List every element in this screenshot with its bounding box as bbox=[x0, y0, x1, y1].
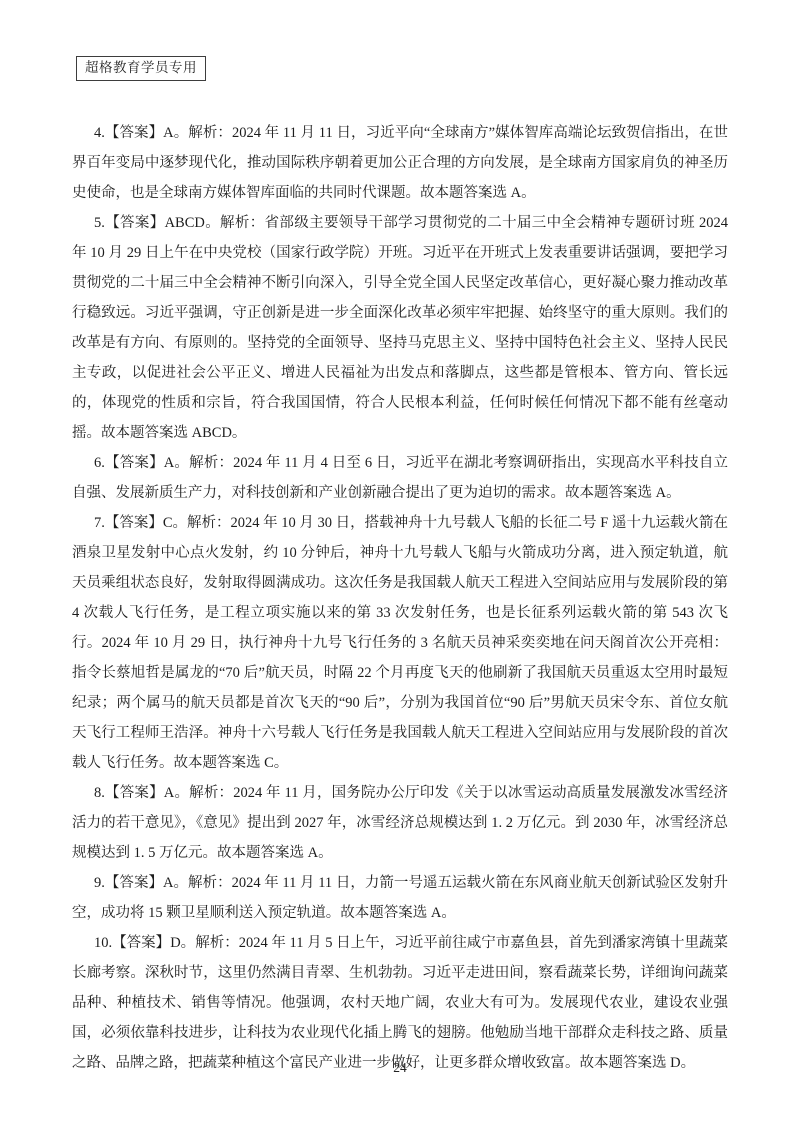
page-number: 24 bbox=[0, 1060, 800, 1076]
answer-item-5: 5.【答案】ABCD。解析：省部级主要领导干部学习贯彻党的二十届三中全会精神专题… bbox=[72, 208, 728, 448]
document-page: 超格教育学员专用 4.【答案】A。解析：2024 年 11 月 11 日，习近平… bbox=[0, 0, 800, 1132]
answer-item-8: 8.【答案】A。解析：2024 年 11 月，国务院办公厅印发《关于以冰雪运动高… bbox=[72, 778, 728, 868]
answer-item-10: 10.【答案】D。解析：2024 年 11 月 5 日上午，习近平前往咸宁市嘉鱼… bbox=[72, 928, 728, 1078]
answer-item-4: 4.【答案】A。解析：2024 年 11 月 11 日，习近平向“全球南方”媒体… bbox=[72, 118, 728, 208]
answer-explanations: 4.【答案】A。解析：2024 年 11 月 11 日，习近平向“全球南方”媒体… bbox=[72, 118, 728, 1078]
answer-item-9: 9.【答案】A。解析：2024 年 11 月 11 日，力箭一号遥五运载火箭在东… bbox=[72, 868, 728, 928]
answer-item-7: 7.【答案】C。解析：2024 年 10 月 30 日，搭载神舟十九号载人飞船的… bbox=[72, 508, 728, 778]
answer-item-6: 6.【答案】A。解析：2024 年 11 月 4 日至 6 日，习近平在湖北考察… bbox=[72, 448, 728, 508]
member-badge: 超格教育学员专用 bbox=[76, 56, 206, 81]
